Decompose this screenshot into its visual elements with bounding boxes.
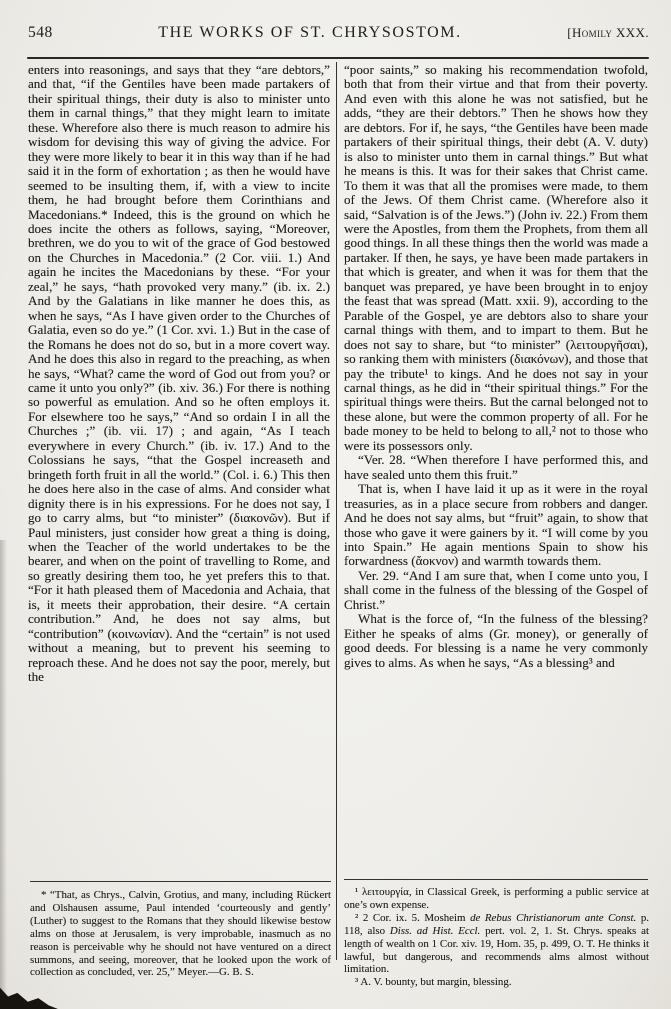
- footnote-rule-right: [344, 879, 648, 880]
- column-divider: [336, 62, 337, 960]
- scan-corner-artifact: [0, 983, 58, 1009]
- scan-edge-shadow: [0, 540, 7, 1009]
- footnotes-right: ¹ λειτουργία, in Classical Greek, is per…: [344, 886, 649, 989]
- body-paragraph: What is the force of, “In the fulness of…: [344, 612, 648, 670]
- footnote-2-italic-title: de Rebus Christianorum ante Const.: [470, 912, 636, 924]
- body-paragraph-verse-29: Ver. 29. “And I am sure that, when I com…: [344, 569, 648, 612]
- header-rule: [27, 57, 649, 59]
- footnote-star: * “That, as Chrys., Calvin, Grotius, and…: [30, 889, 331, 979]
- footnote-rule-left: [30, 881, 331, 882]
- running-header: 548 THE WORKS OF ST. CHRYSOSTOM. [Homily…: [28, 24, 649, 42]
- body-paragraph: That is, when I have laid it up as it we…: [344, 482, 648, 569]
- footnote-2: ² 2 Cor. ix. 5. Mosheim de Rebus Christi…: [344, 912, 649, 977]
- left-column: enters into reasonings, and says that th…: [28, 63, 330, 684]
- footnotes-left: * “That, as Chrys., Calvin, Grotius, and…: [30, 889, 331, 979]
- right-column: “poor saints,” so making his recommendat…: [344, 63, 648, 670]
- page-number: 548: [28, 24, 53, 42]
- body-paragraph: enters into reasonings, and says that th…: [28, 63, 330, 684]
- footnote-1: ¹ λειτουργία, in Classical Greek, is per…: [344, 886, 649, 912]
- homily-label: [Homily XXX.: [567, 25, 649, 41]
- footnote-3: ³ A. V. bounty, but margin, blessing.: [344, 976, 649, 989]
- body-paragraph-verse-28: “Ver. 28. “When therefore I have perform…: [344, 453, 648, 482]
- body-paragraph: “poor saints,” so making his recommendat…: [344, 63, 648, 453]
- running-title: THE WORKS OF ST. CHRYSOSTOM.: [158, 24, 462, 42]
- footnote-2-text: ² 2 Cor. ix. 5. Mosheim: [355, 912, 470, 924]
- book-page: 548 THE WORKS OF ST. CHRYSOSTOM. [Homily…: [0, 0, 671, 1009]
- footnote-2-italic-title: Diss. ad Hist. Eccl.: [390, 925, 480, 937]
